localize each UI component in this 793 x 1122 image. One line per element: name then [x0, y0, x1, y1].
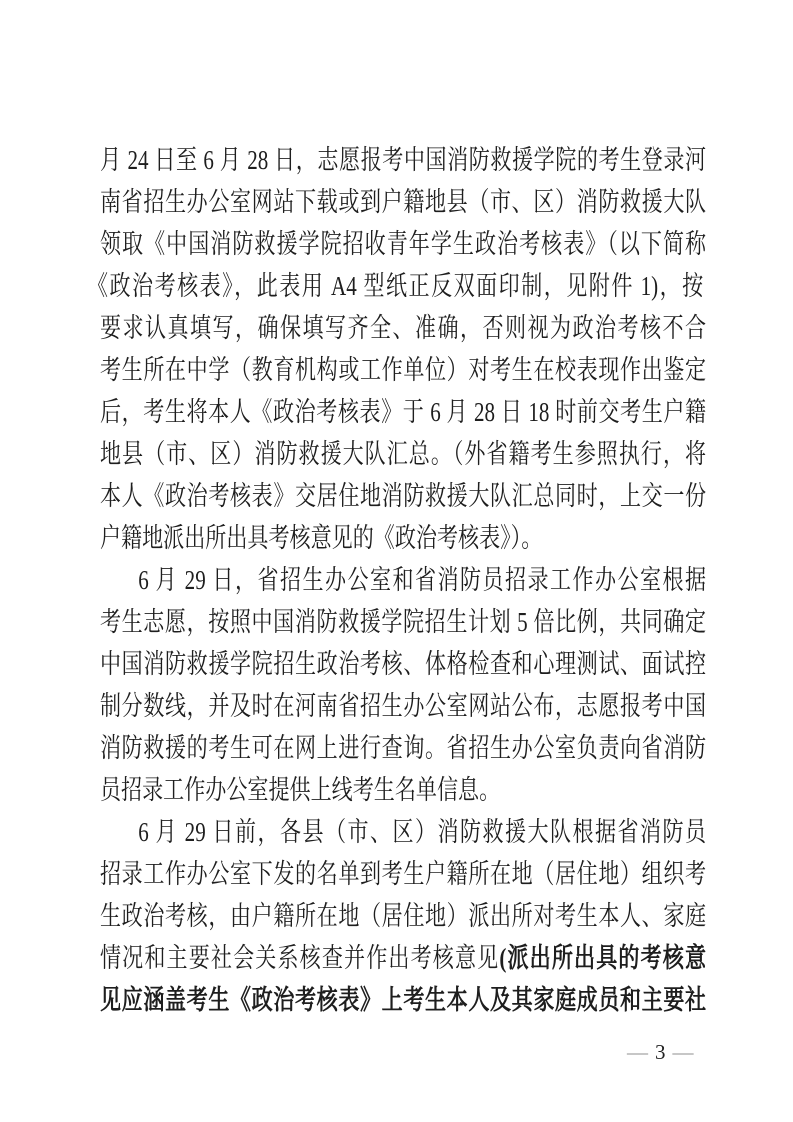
text-line: 本人《政治考核表》交居住地消防救援大队汇总同时，上交一份 [100, 475, 706, 517]
text-line: 中国消防救援学院招生政治考核、体格检查和心理测试、面试控 [100, 643, 706, 685]
text-line: 员招录工作办公室提供上线考生名单信息。 [100, 769, 706, 811]
page-number-value: 3 [655, 1040, 666, 1064]
bold-text-segment: (派出所出具的考核意 [499, 943, 706, 973]
text-line: 后，考生将本人《政治考核表》于 6 月 28 日 18 时前交考生户籍 [100, 391, 706, 433]
text-line: 见应涵盖考生《政治考核表》上考生本人及其家庭成员和主要社 [100, 979, 706, 1021]
page-number: —3— [620, 1036, 701, 1068]
text-line: 考生志愿，按照中国消防救援学院招生计划 5 倍比例，共同确定 [100, 601, 706, 643]
text-line: 生政治考核，由户籍所在地（居住地）派出所对考生本人、家庭 [100, 895, 706, 937]
text-line: 情况和主要社会关系核查并作出考核意见(派出所出具的考核意 [100, 937, 706, 979]
text-line: 月 24 日至 6 月 28 日，志愿报考中国消防救援学院的考生登录河 [100, 139, 706, 181]
text-block: 月 24 日至 6 月 28 日，志愿报考中国消防救援学院的考生登录河 南省招生… [100, 139, 793, 1021]
text-segment: 情况和主要社会关系核查并作出考核意见 [100, 943, 499, 973]
text-line: 6 月 29 日，省招生办公室和省消防员招录工作办公室根据 [100, 559, 706, 601]
text-line: 招录工作办公室下发的名单到考生户籍所在地（居住地）组织考 [100, 853, 706, 895]
text-line: 《政治考核表》，此表用 A4 型纸正反双面印制，见附件 1)，按 [87, 265, 703, 307]
text-line: 消防救援的考生可在网上进行查询。省招生办公室负责向省消防 [100, 727, 706, 769]
text-line: 地县（市、区）消防救援大队汇总。（外省籍考生参照执行，将 [100, 433, 706, 475]
text-line: 户籍地派出所出具考核意见的《政治考核表》）。 [100, 517, 706, 559]
text-line: 要求认真填写，确保填写齐全、准确，否则视为政治考核不合格。 [100, 307, 706, 349]
text-line: 领取《中国消防救援学院招收青年学生政治考核表》（以下简称 [100, 223, 706, 265]
text-line: 考生所在中学（教育机构或工作单位）对考生在校表现作出鉴定 [100, 349, 706, 391]
text-line: 6 月 29 日前，各县（市、区）消防救援大队根据省消防员 [100, 811, 706, 853]
page-number-dash-right: — [666, 1040, 701, 1064]
document-page: 月 24 日至 6 月 28 日，志愿报考中国消防救援学院的考生登录河 南省招生… [0, 0, 793, 1122]
text-line: 制分数线，并及时在河南省招生办公室网站公布，志愿报考中国 [100, 685, 706, 727]
text-line: 南省招生办公室网站下载或到户籍地县（市、区）消防救援大队 [100, 181, 706, 223]
page-number-dash-left: — [620, 1040, 655, 1064]
